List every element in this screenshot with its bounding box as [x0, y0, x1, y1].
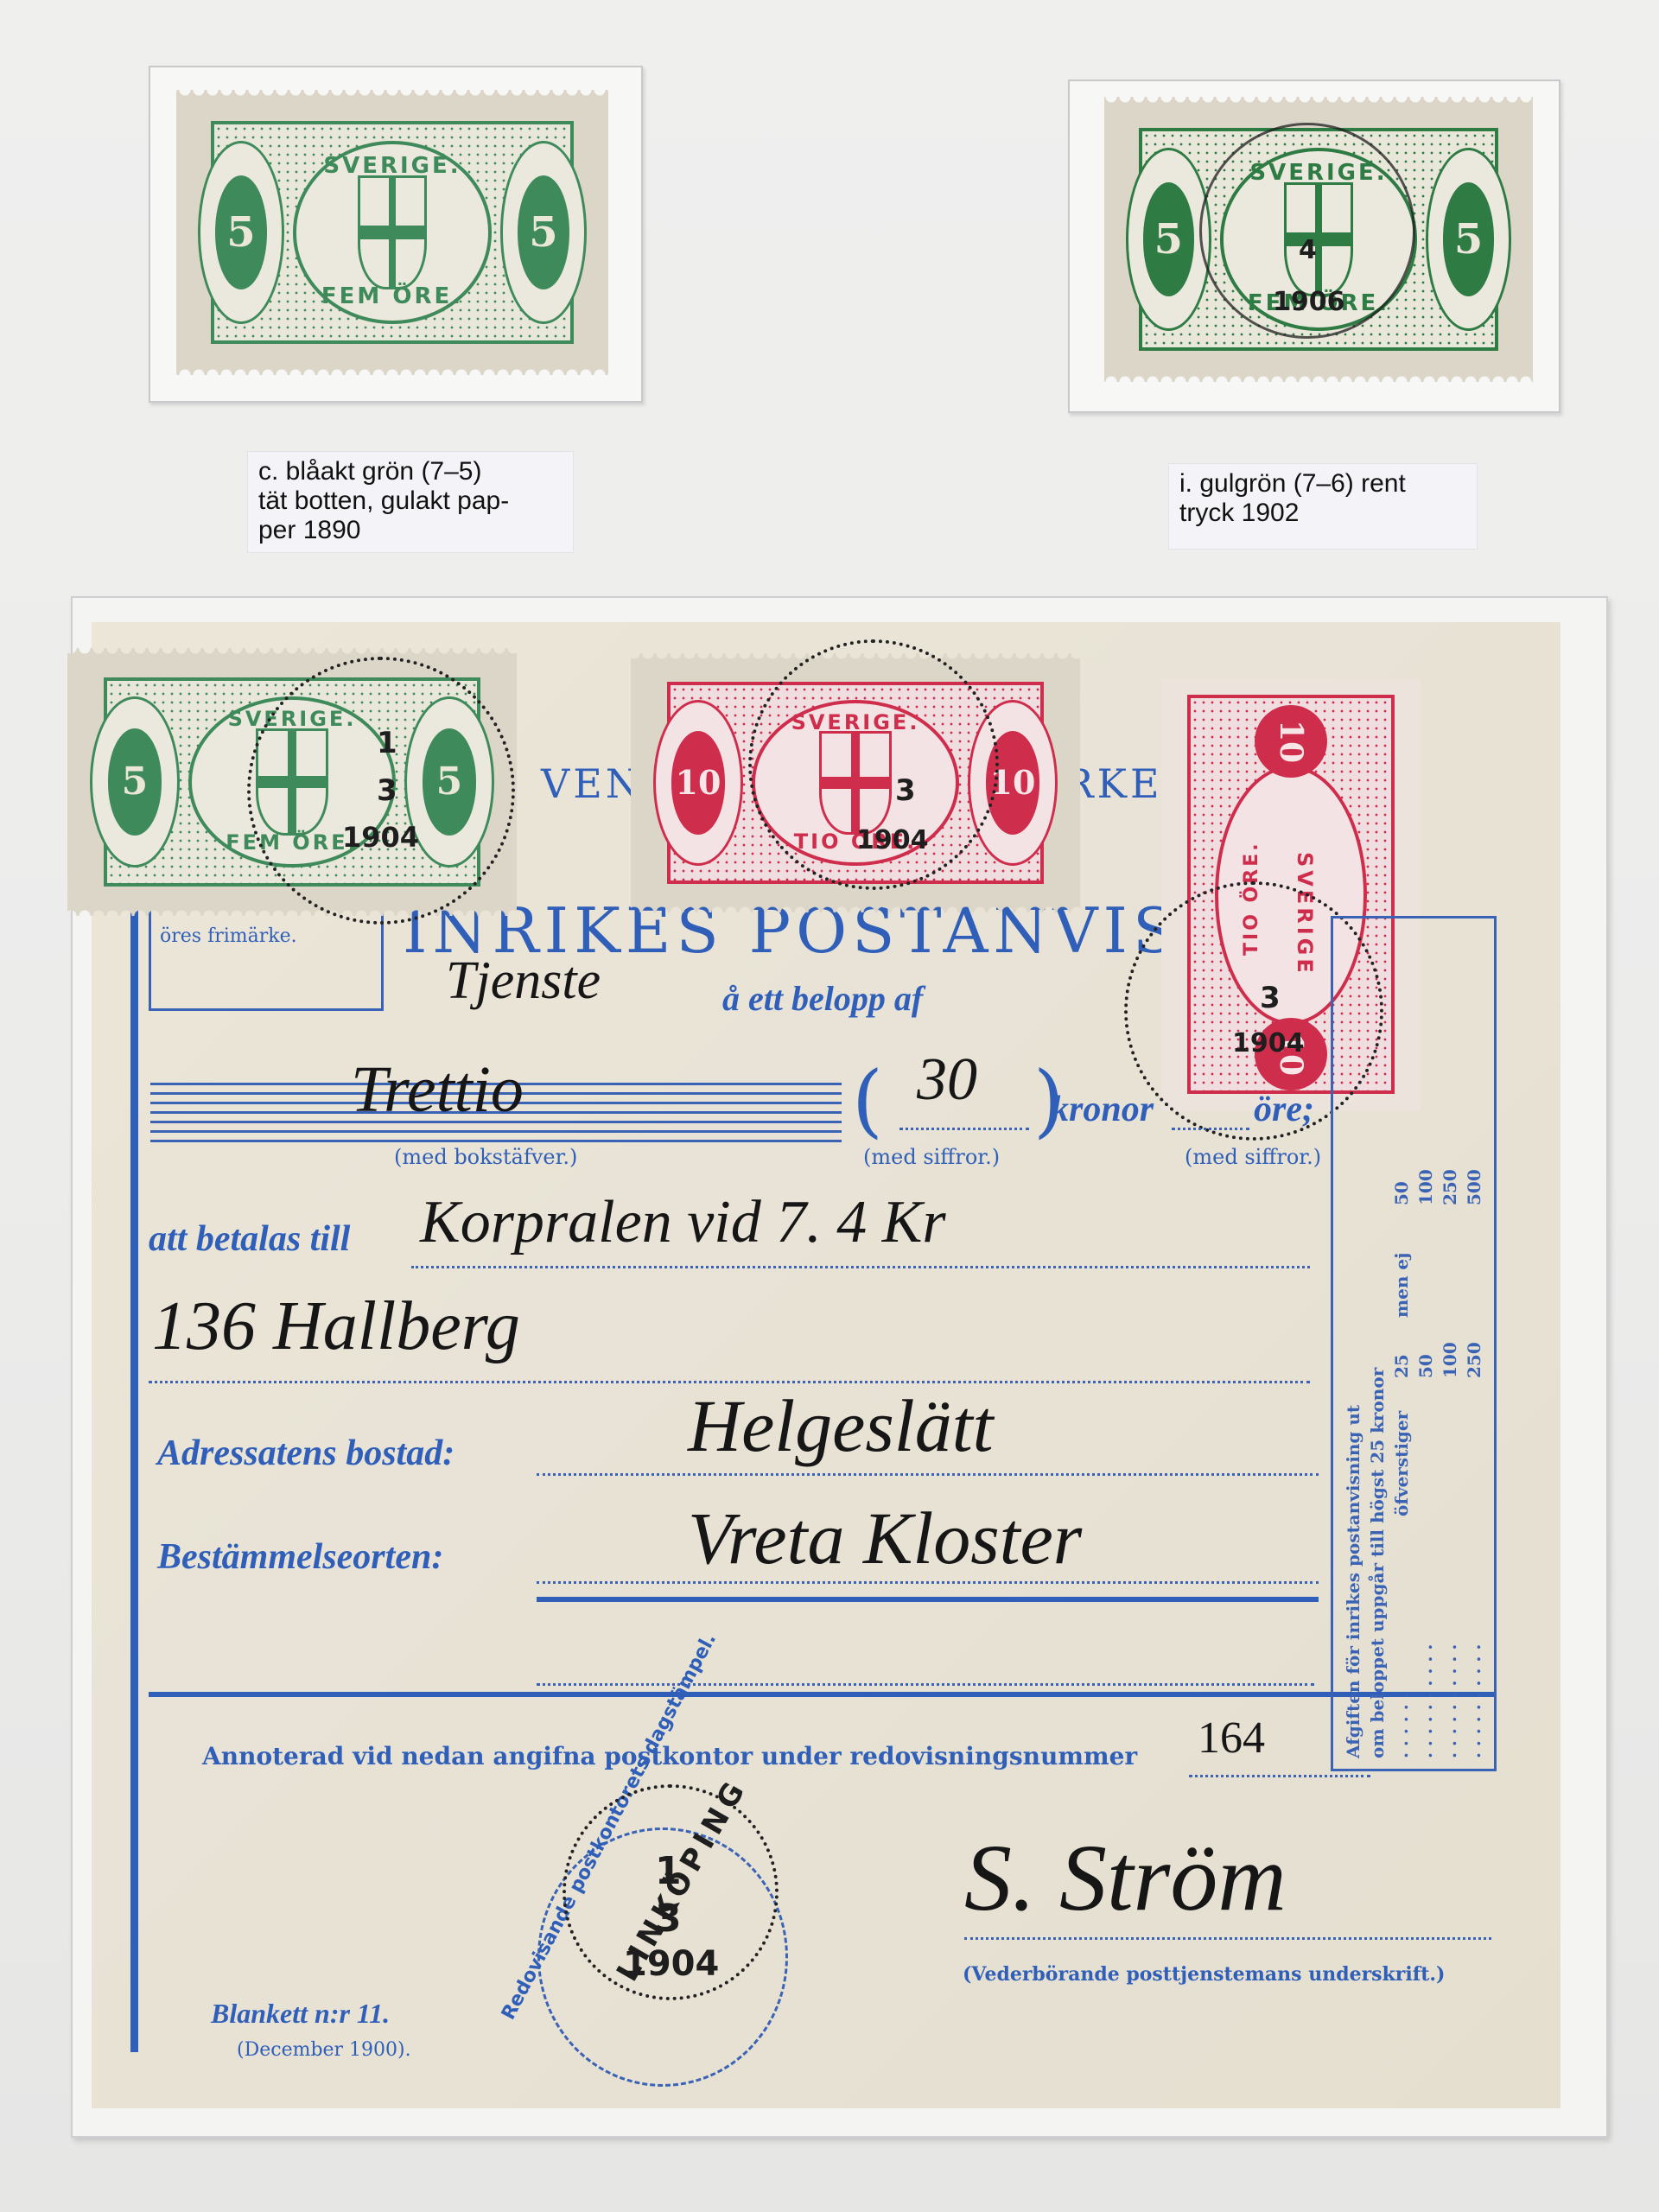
payee-line2: 136 Hallberg [152, 1287, 520, 1366]
payee-label: att betalas till [149, 1218, 350, 1260]
section-divider [149, 1692, 1497, 1697]
postmark-year: 1904 [342, 821, 419, 854]
stamp-5-ore-blue-green: SVERIGE. FEM ÖRE. 5 5 [176, 90, 608, 375]
destination-dots [537, 1581, 1319, 1584]
annotation-number: 164 [1198, 1713, 1265, 1764]
stamp-value-oval-left: 5 [198, 141, 284, 323]
ore-line [1172, 1128, 1249, 1130]
amount-figures-line [899, 1128, 1029, 1130]
annotation-label: Annoterad vid nedan angifna postkontor u… [202, 1742, 1137, 1770]
fee-row: . . . . . .öfverstiger25men ej50 [1389, 929, 1414, 1758]
open-paren: ( [852, 1054, 883, 1147]
kronor-label: kronor [1051, 1089, 1154, 1130]
amount-words-value: Trettio [351, 1052, 524, 1128]
postmark-year: 1906 [1273, 287, 1345, 317]
payee-line1-dots [411, 1266, 1310, 1268]
coat-of-arms-icon [358, 175, 427, 289]
amount-figures-value: 30 [917, 1046, 977, 1115]
fee-row: . . . . . . . . . .50100 [1414, 929, 1438, 1758]
destination-label: Bestämmelseorten: [157, 1536, 443, 1578]
stamp-value-oval-left: 5 [1126, 148, 1211, 330]
stamp-caption-right: i. gulgrön (7–6) rent tryck 1902 [1168, 463, 1478, 550]
header-left-partial: VEN [541, 760, 644, 807]
postmark-year: 1904 [856, 825, 929, 855]
annotation-dots [1189, 1775, 1370, 1777]
stamp-value-oval-left: 5 [90, 696, 180, 868]
ore-label: öre; [1254, 1089, 1314, 1130]
amount-words-caption: (med bokstäfver.) [394, 1145, 577, 1169]
signature-dots [964, 1937, 1491, 1940]
fee-row: . . . . . . . . . .250500 [1462, 929, 1486, 1758]
destination-value: Vreta Kloster [688, 1495, 1082, 1581]
form-left-border [130, 717, 138, 2052]
stamp-mount-right: SVERIGE. FEM ÖRE. 5 5 4 1906 [1068, 79, 1560, 413]
fee-table-content: Afgiften för inrikes postanvisning ut om… [1341, 929, 1486, 1758]
ore-caption: (med siffror.) [1185, 1145, 1321, 1169]
stamp-5-ore-yellow-green: SVERIGE. FEM ÖRE. 5 5 4 1906 [1104, 97, 1533, 382]
stamp-caption-left: c. blåakt grön (7–5) tät botten, gulakt … [247, 451, 574, 553]
fee-title-line2: om beloppet uppgår till högst 25 kronor [1365, 1368, 1389, 1758]
stamp-value-oval-top: 10 [1255, 705, 1327, 778]
stamp-value-oval-right: 5 [1426, 148, 1511, 330]
stamp-value-oval-right: 5 [500, 141, 587, 323]
postal-official-signature: S. Ström [964, 1823, 1287, 1933]
residence-label: Adressatens bostad: [157, 1433, 454, 1474]
form-number: Blankett n:r 11. [211, 1998, 390, 2030]
postmark-month: 3 [895, 773, 916, 808]
fee-table: Afgiften för inrikes postanvisning ut om… [1331, 916, 1497, 1771]
residence-value: Helgeslätt [688, 1382, 994, 1469]
amount-intro: å ett belopp af [722, 978, 923, 1019]
signature-caption: (Vederbörande posttjenstemans underskrif… [963, 1963, 1445, 1986]
postmark-month: 3 [1260, 981, 1281, 1015]
money-order-form: VEN RKET INRIKES POSTANVISN bringas här … [92, 622, 1560, 2108]
extra-dots [537, 1683, 1314, 1686]
stamp-mount-left: SVERIGE. FEM ÖRE. 5 5 [149, 66, 643, 403]
payee-line1: Korpralen vid 7. 4 Kr [420, 1188, 946, 1257]
postmark-day: 4 [1299, 235, 1317, 265]
fee-title-line1: Afgiften för inrikes postanvisning ut [1341, 1405, 1365, 1758]
stamp-box-line2: öres frimärke. [160, 925, 297, 947]
stamp-value-oval-left: 10 [653, 700, 743, 866]
handwritten-service: Tjenste [446, 950, 601, 1012]
form-date: (December 1900). [237, 2039, 411, 2061]
postmark-month: 3 [377, 773, 397, 808]
destination-rule [537, 1597, 1319, 1602]
residence-dots [537, 1473, 1319, 1476]
postmark-day: 1 [377, 726, 397, 760]
postmark-year: 1904 [1232, 1028, 1305, 1058]
amount-figures-caption: (med siffror.) [863, 1145, 1000, 1169]
fee-row: . . . . . . . . . .100250 [1438, 929, 1462, 1758]
